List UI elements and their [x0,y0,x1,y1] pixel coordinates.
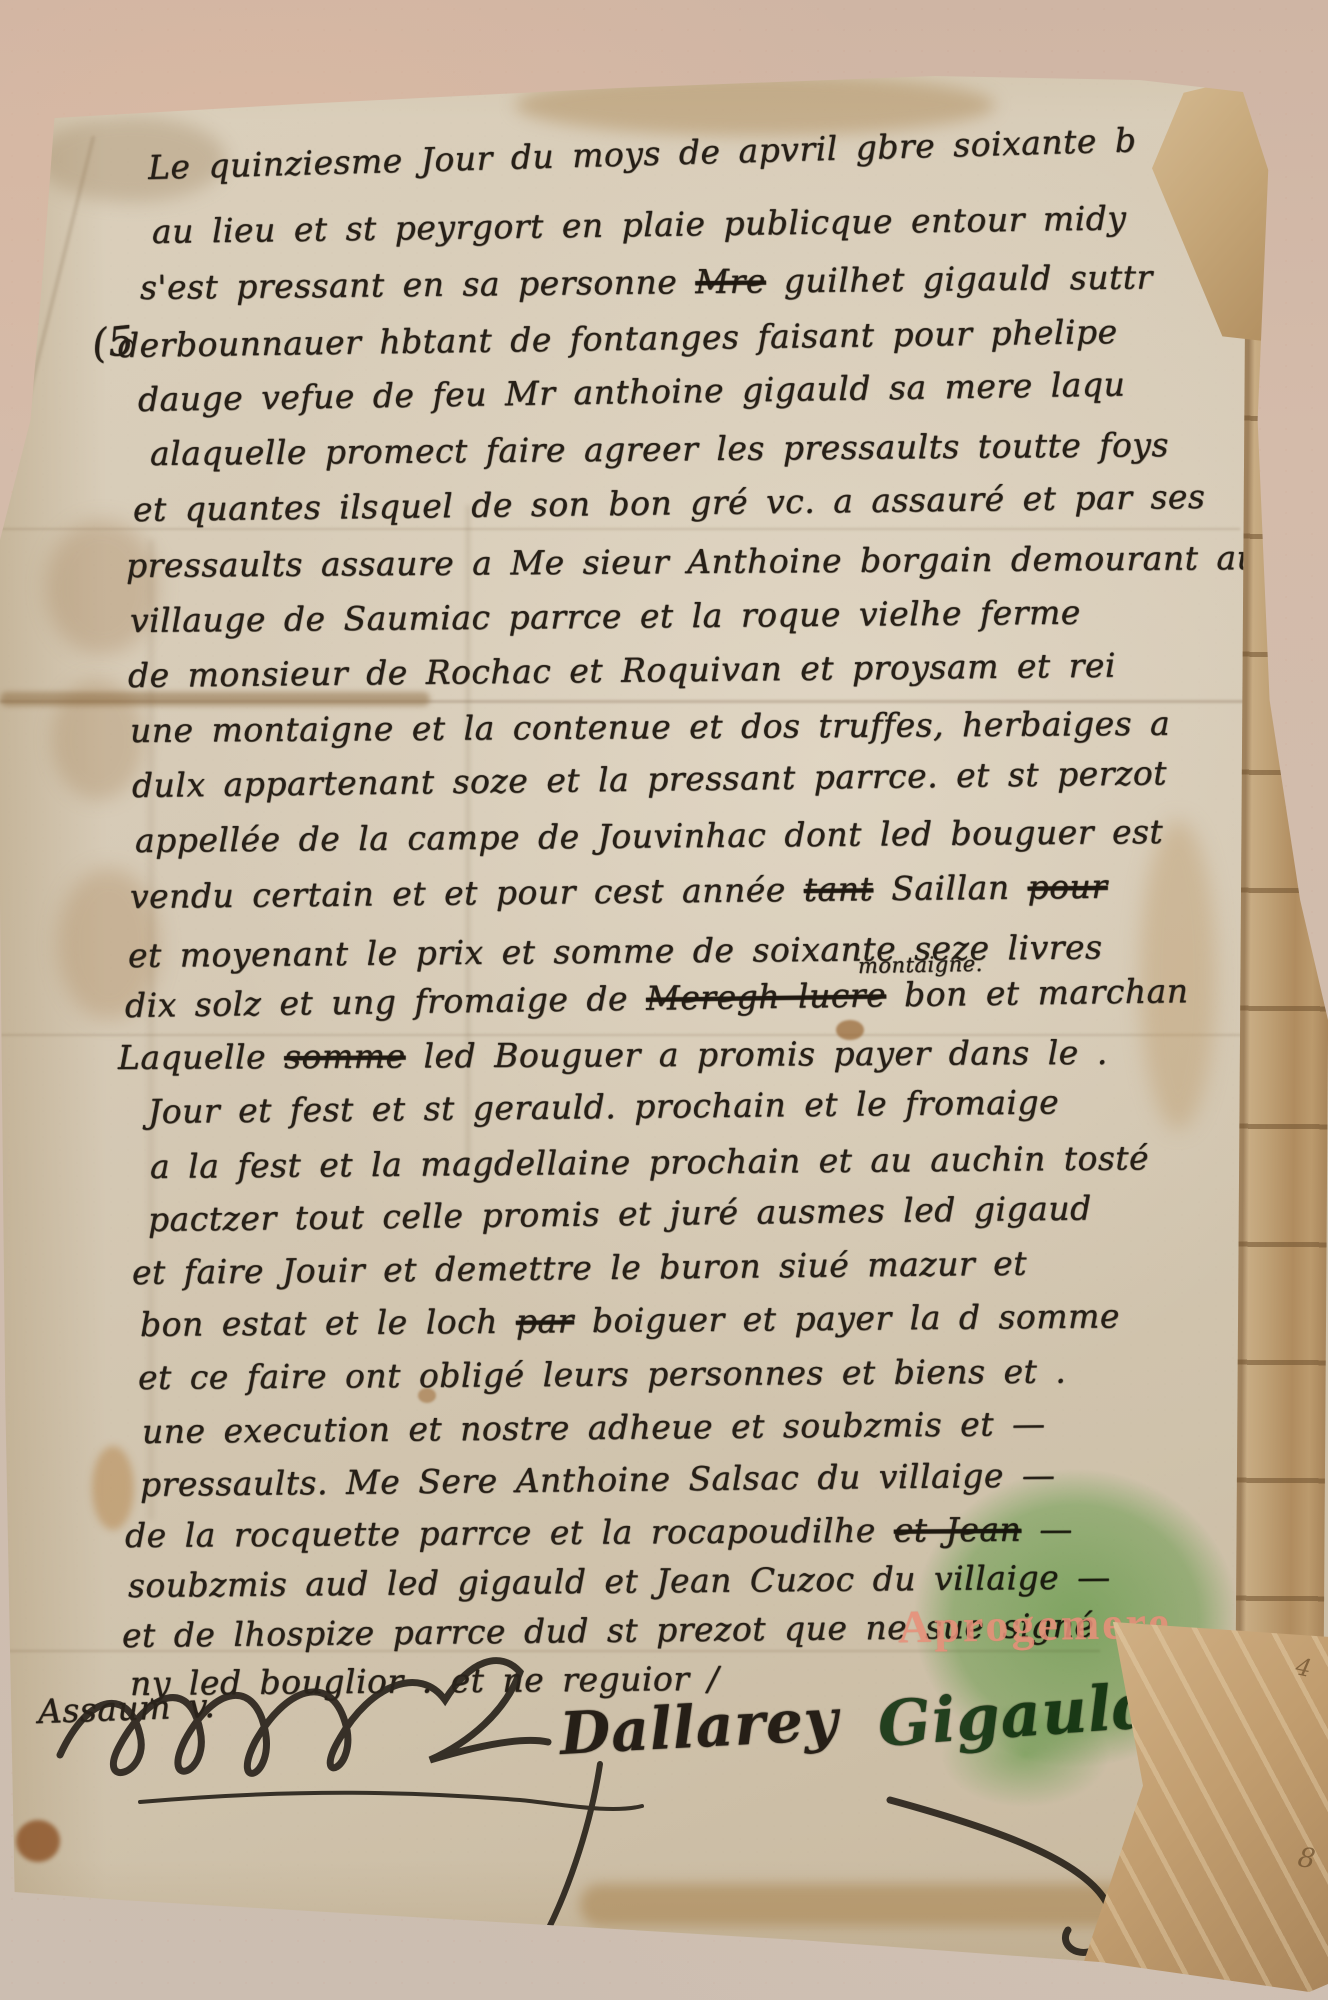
manuscript-line: a la fest et la magdellaine prochain et … [150,1138,1149,1186]
fold-crease [0,700,1250,703]
manuscript-line: villauge de Saumiac parrce et la roque v… [130,593,1081,640]
manuscript-line: au lieu et st peyrgort en plaie publicqu… [152,198,1127,251]
manuscript-line: alaquelle promect faire agreer les press… [150,425,1169,473]
rust-spot [16,1820,60,1862]
manuscript-line: et quantes ilsquel de son bon gré vc. a … [133,477,1206,529]
paraph-underline [140,1793,642,1809]
manuscript-line: Assaum v. [37,1686,215,1731]
photograph-backdrop: Le quinziesme Jour du moys de apvril gbr… [0,0,1328,2000]
manuscript-line: Jour et fest et st gerauld. prochain et … [148,1082,1060,1131]
signature-descender-flourish [516,1764,600,1957]
manuscript-line: Le quinziesme Jour du moys de apvril gbr… [147,120,1137,187]
manuscript-line: pactzer tout celle promis et juré ausmes… [148,1188,1092,1239]
signature: Gigauld [875,1669,1158,1761]
manuscript-line: dix solz et ung fromaige de Meregh lucre… [125,971,1189,1025]
manuscript-line: de monsieur de Rochac et Roquivan et pro… [128,646,1116,695]
manuscript-line: s'est pressant en sa personne Mre guilhe… [140,257,1153,307]
manuscript-line: derbounnauer hbtant de fontanges faisant… [118,312,1118,365]
paper-stain [238,1948,312,1974]
manuscript-line: une execution et nostre adheue et soubzm… [142,1404,1046,1451]
signature: Dallarey [558,1685,840,1767]
manuscript-line: bon estat et le loch par boiguer et paye… [140,1296,1120,1344]
manuscript-line: de la rocquette parrce et la rocapoudilh… [125,1509,1073,1555]
manuscript-line: dauge vefue de feu Mr anthoine gigauld s… [138,364,1126,419]
manuscript-line: et faire Jouir et demettre le buron siué… [132,1244,1027,1292]
folded-corner-top-right [1152,58,1328,348]
manuscript-line: pressaults assaure a Me sieur Anthoine b… [126,538,1259,585]
manuscript-line: une montaigne et la contenue et dos truf… [130,704,1171,750]
crease-stain [0,692,430,706]
fold-crease-diagonal [0,136,95,554]
manuscript-line: et ce faire ont obligé leurs personnes e… [138,1352,1067,1397]
manuscript-line: appellée de la campe de Jouvinhac dont l… [135,812,1164,860]
manuscript-line: pressaults. Me Sere Anthoine Salsac du v… [140,1455,1056,1504]
manuscript-line: Laquelle somme led Bouguer a promis paye… [118,1033,1108,1077]
bottom-edge-stain [580,1884,1160,1926]
manuscript-line: vendu certain et et pour cest année tant… [130,867,1108,916]
signature-descender-hook [890,1800,1111,1952]
manuscript-page: Le quinziesme Jour du moys de apvril gbr… [0,0,1328,2000]
manuscript-line: soubzmis aud led gigauld et Jean Cuzoc d… [128,1557,1111,1605]
manuscript-line: dulx appartenant soze et la pressant par… [132,753,1167,805]
manuscript-line: (5 [90,318,137,368]
